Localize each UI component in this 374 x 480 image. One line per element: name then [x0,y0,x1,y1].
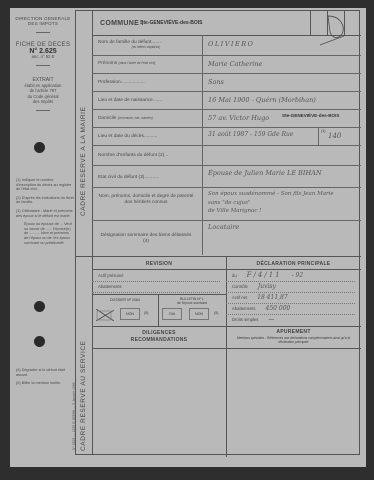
note-3b: Époux ou épouse de ... Veuf ou veuve de … [16,222,74,245]
field-deces: Lieu et date du décès.......... 31 août … [92,128,361,146]
dossier-non-box[interactable]: NON [120,308,140,320]
field-label: Etat civil du défunt (3)........... [98,175,194,180]
bulletin-box: BULLETIN Nº 1de l'époux survivant OUI NO… [158,294,226,326]
field-label: Lieu et date du décès.......... [98,134,194,139]
divider [202,56,203,73]
note-1: (1) Indiquer le numéro d'inscription du … [16,178,74,192]
deceased-fields: Nom de famille du défunt........(en lett… [92,35,361,255]
field-value: Sans [208,78,224,86]
divider [202,74,203,91]
note-3: (3) Célibataire : Marié et prénoms des é… [16,209,74,218]
field-heritiers: Nom, prénoms, domicile et degré de paren… [92,188,361,221]
field-enfants: Nombre d'enfants du défunt (2)... [92,146,361,166]
apurement-title: APUREMENT [226,329,361,335]
field-profession: Profession.................. Sans [92,74,361,92]
field-biens: Désignation sommaire des biens délaissés… [92,221,361,255]
note-4: (4) Dégrader si le défunt était assuré. [16,368,74,377]
band-label-service: CADRE RESERVE AU SERVICE [80,340,87,451]
handwritten-mark-icon [320,12,350,47]
dossier-note: (5) [144,311,148,315]
field-value-line3: de Ville Marignac ! [208,208,261,214]
punch-hole [34,142,45,153]
field-label: Lieu et date de naissance....... [98,98,194,103]
bulletin-non-box[interactable]: NON [189,308,209,320]
service-section: REVISION Actif présumé Abattements DOSSI… [92,256,361,457]
extrait-text: établi en application de l'article 797 d… [10,83,76,104]
decl-controle: ContrôleJuvisy [226,282,355,293]
band-separator [76,256,92,257]
apurement-subtitle: Mentions spéciales - Références aux décl… [232,336,355,344]
divider [36,110,50,111]
field-label: Nombre d'enfants du défunt (2)... [98,153,194,158]
divider [202,166,203,187]
actif-presume: Actif présumé [92,271,220,282]
field-value: Son époux susdénommé - Son fils Jean Mar… [208,191,334,197]
field-value: Épouse de Julien Marie LE BIHAN [208,169,322,177]
field-value: OLIVIERO [208,40,254,48]
main-form: CADRE RESERVE A LA MAIRIE CADRE RESERVE … [75,10,360,455]
divider [202,110,203,127]
divider [202,128,203,145]
field-label: Domicile (commune, rue, numéro) [98,116,194,121]
revision-column: REVISION Actif présumé Abattements DOSSI… [92,257,227,457]
commune-stamp: Ste-GENEVIÈVE-des-BOIS [282,113,339,118]
divider [36,32,50,33]
footnotes-lower: (4) Dégrader si le défunt était assuré. … [16,368,74,386]
punch-hole [34,336,45,347]
bulletin-label: BULLETIN Nº 1de l'époux survivant [158,297,226,305]
field-value-line2: sans "de cujus" [208,200,251,206]
administration-header: DIRECTION GENERALE DES IMPOTS [10,16,76,26]
declaration-column: DÉCLARATION PRINCIPALE duF/4/11- 92 Cont… [226,257,361,457]
dossier-oui-crossed[interactable] [96,308,114,318]
note-5: (5) Biffer la mention inutile. [16,381,74,386]
register-number-label: (1) [321,129,325,133]
field-etat-civil: Etat civil du défunt (3)........... Épou… [92,166,361,188]
diligences-title: DILIGENCESRECOMMANDATIONS [92,330,226,344]
decl-abattements: Abattements450 000 [226,304,355,315]
footnotes: (1) Indiquer le numéro d'inscription du … [16,178,74,249]
field-label: Prénoms (dans l'ordre de l'état civil) [98,61,194,66]
fiche-anc: anc. n° 62 E [10,54,76,59]
divider [318,128,319,145]
bulletin-oui-box[interactable]: OUI [162,308,182,320]
divider [92,348,226,349]
field-label: Nom, prénoms, domicile et degré de paren… [98,194,194,206]
cross-mark-icon [96,309,114,321]
divider [202,92,203,109]
field-value: Marie Catherine [208,60,262,68]
divider [202,221,203,255]
commune-label: COMMUNE : [100,20,144,27]
divider [226,326,361,327]
field-value: 57 av. Victor Hugo [208,114,269,122]
field-label: Profession.................. [98,80,194,85]
field-value: Locataire [208,223,239,231]
field-value: 31 août 1987 - 159 Gde Rue [208,131,293,138]
left-panel: DIRECTION GENERALE DES IMPOTS FICHE DE D… [10,8,76,467]
field-prenoms: Prénoms (dans l'ordre de l'état civil) M… [92,56,361,74]
divider [92,269,226,270]
header-line-2: DES IMPOTS [10,21,76,26]
dossier-label: DOSSIER Nº 2084 [92,298,158,302]
declaration-fields: duF/4/11- 92 ContrôleJuvisy Actif net18 … [226,270,361,325]
decl-droits: Droits simples— [226,315,355,325]
divider [202,146,203,165]
divider [202,188,203,220]
note-2: (2) D'après les indications du livret de… [16,196,74,205]
divider [226,348,361,349]
punch-hole [34,301,45,312]
field-label: Désignation sommaire des biens délaissés… [98,233,194,245]
register-number: 140 [328,132,341,140]
divider [202,35,203,55]
field-naissance: Lieu et date de naissance....... 16 Mai … [92,92,361,110]
side-band: CADRE RESERVE A LA MAIRIE CADRE RESERVE … [76,11,93,454]
extrait-line: des Impôts [10,99,76,104]
dossier-box: DOSSIER Nº 2084 NON (5) [92,294,159,326]
decl-du: duF/4/11- 92 [226,270,355,282]
field-value: 16 Mai 1900 - Quérn (Morbihan) [208,96,316,104]
bulletin-note: (5) [214,311,218,315]
abattements: Abattements [92,282,220,293]
band-label-mairie: CADRE RESERVE A LA MAIRIE [80,106,87,216]
field-label: Nom de famille du défunt........(en lett… [98,40,194,49]
commune-value: Ste-GENEVIÈVE-des-BOIS [140,20,203,26]
decl-actif-net: Actif net18 411,87 [226,293,355,304]
divider [36,65,50,66]
field-domicile: Domicile (commune, rue, numéro) 57 av. V… [92,110,361,128]
divider [92,326,226,327]
